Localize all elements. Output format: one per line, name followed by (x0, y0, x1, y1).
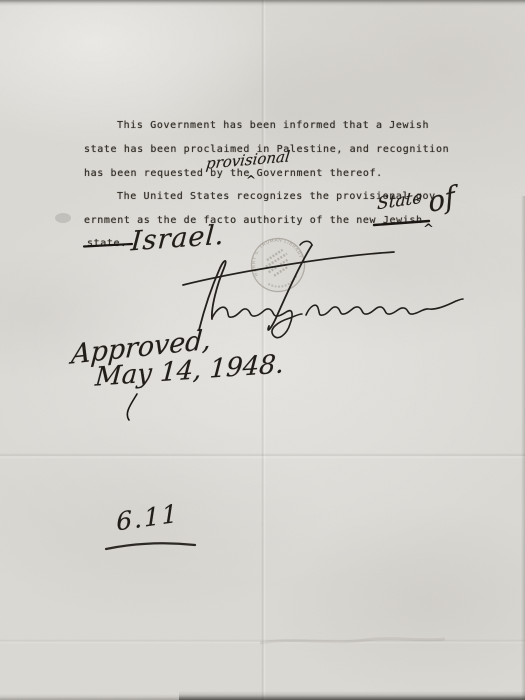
typed-line-1: This Government has been informed that a… (117, 120, 429, 132)
scanned-document-page: This Government has been informed that a… (0, 0, 525, 700)
handwritten-of-insert: of (427, 180, 457, 220)
typed-line-6: state. (87, 238, 127, 250)
